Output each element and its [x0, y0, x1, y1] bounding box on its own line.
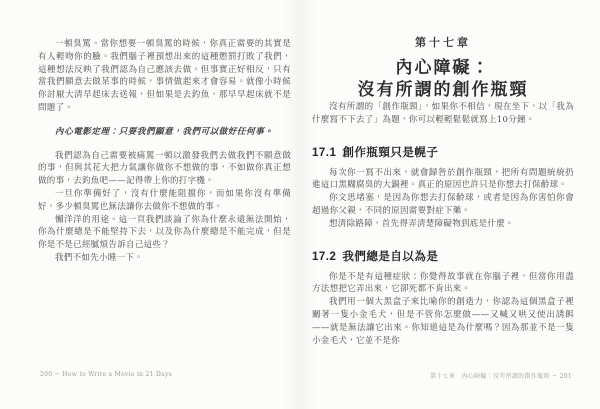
- section-heading-17-2: 17.2我們總是自以為是: [312, 248, 574, 264]
- section-17-1-paragraph-3: 想清除路障，首先得弄清楚障礙物到底是什麼。: [312, 218, 574, 231]
- footer-separator: ─: [55, 371, 59, 378]
- chapter-title: 內心障礙： 沒有所謂的創作瓶頸: [312, 57, 574, 101]
- left-page-number: 200: [40, 371, 52, 378]
- section-number: 17.1: [312, 147, 336, 159]
- section-17-2-paragraph-2: 我們用一個大黑盒子來比喻你的創造力，你認為這個黑盒子裡關著一隻小金毛犬，但是不管…: [312, 296, 574, 347]
- section-17-1-paragraph-2: 你文思堵塞，是因為你想去打保齡球，或者是因為你害怕你會超過你父親，不同的原因需要…: [312, 192, 574, 218]
- chapter-number-label: 第十七章: [312, 34, 574, 50]
- left-paragraph-4: 懶洋洋的用途。這一頁我們談論了你為什麼永遠無法開始，你為什麼總是不能堅持下去，以…: [38, 214, 291, 252]
- section-heading-17-1: 17.1創作瓶頸只是幌子: [312, 144, 574, 160]
- section-title: 我們總是自以為是: [342, 251, 438, 263]
- section-number: 17.2: [312, 251, 336, 263]
- inner-movie-theorem: 內心電影定理：只要我們願意，我們可以做好任何事。: [38, 126, 291, 139]
- right-page: 第十七章 內心障礙： 沒有所謂的創作瓶頸 沒有所謂的「創作瓶頸」，如果你不相信，…: [312, 0, 574, 347]
- left-page: 一頓臭罵。當你想要一頓臭罵的時候，你真正需要的其實是有人輕吻你的臉。我們腦子裡預…: [38, 0, 291, 265]
- chapter-running-head: 第十七章 內心障礙：沒有所謂的創作瓶頸: [430, 373, 550, 380]
- right-page-footer: 第十七章 內心障礙：沒有所謂的創作瓶頸─201: [430, 371, 572, 380]
- left-paragraph-5: 我們不如先小睡一下。: [38, 252, 291, 265]
- left-paragraph-3: 一旦你準備好了，沒有什麼能阻擋你，而如果你沒有準備好，多少頓臭罵也無法讓你去做你…: [38, 188, 291, 214]
- section-title: 創作瓶頸只是幌子: [342, 147, 438, 159]
- left-page-footer: 200─How to Write a Movie in 21 Days: [40, 371, 172, 378]
- footer-separator: ─: [553, 373, 557, 380]
- chapter-intro-paragraph: 沒有所謂的「創作瓶頸」，如果你不相信，現在坐下，以「我為什麼寫不下去了」為題，你…: [312, 101, 574, 127]
- left-paragraph-1: 一頓臭罵。當你想要一頓臭罵的時候，你真正需要的其實是有人輕吻你的臉。我們腦子裡預…: [38, 38, 291, 115]
- right-page-number: 201: [560, 373, 572, 380]
- book-title-running-head: How to Write a Movie in 21 Days: [62, 371, 172, 378]
- section-17-1-paragraph-1: 每次你一寫不出來，就會歸咎於創作瓶頸，把所有問題統統扔進這口黑糊腐臭的大鍋裡。真…: [312, 167, 574, 193]
- chapter-title-line-2: 沒有所謂的創作瓶頸: [358, 80, 529, 100]
- left-paragraph-2: 我們認為自己需要被痛罵一頓以激發我們去做我們不願意做的事，但與其花大把力氣讓你做…: [38, 150, 291, 188]
- section-17-2-paragraph-1: 你是不是有這種症狀：你覺得故事就在你腦子裡，但當你用盡方法想把它弄出來，它卻死都…: [312, 271, 574, 297]
- book-spread: 一頓臭罵。當你想要一頓臭罵的時候，你真正需要的其實是有人輕吻你的臉。我們腦子裡預…: [0, 0, 600, 409]
- chapter-title-line-1: 內心障礙：: [396, 58, 491, 78]
